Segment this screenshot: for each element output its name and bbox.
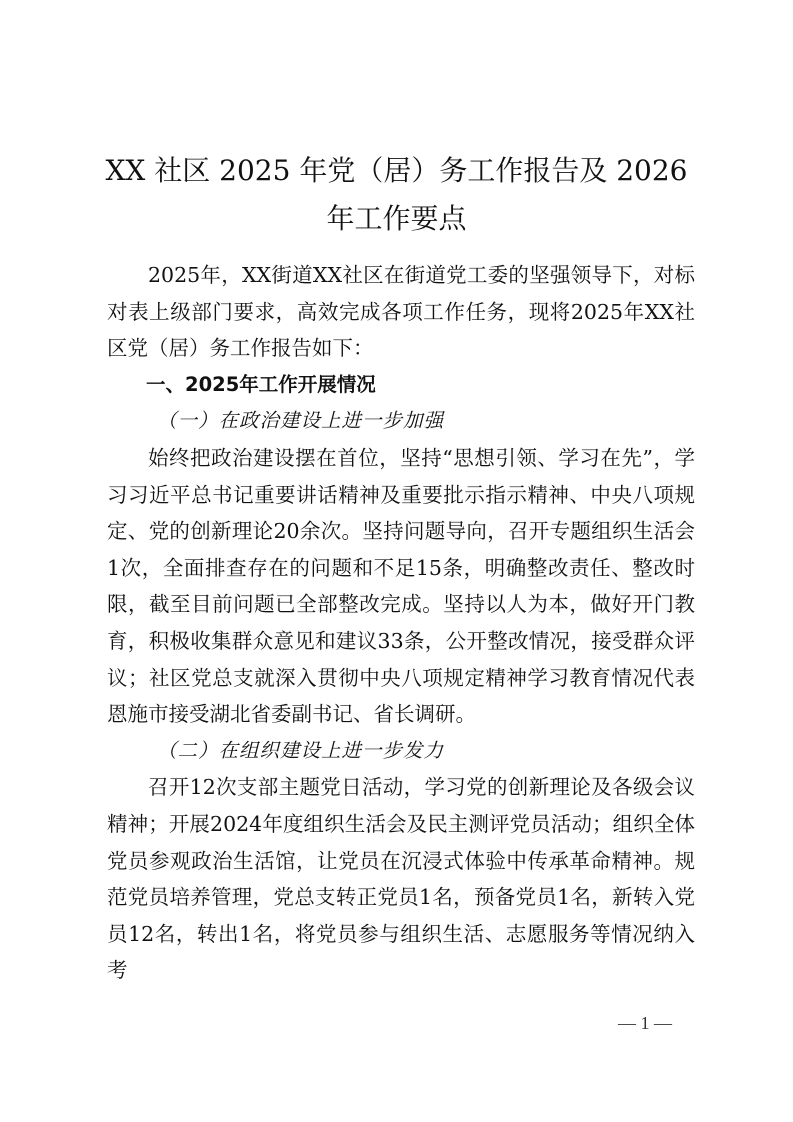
section-heading-1: 一、2025年工作开展情况 xyxy=(107,367,695,404)
intro-paragraph: 2025年，XX街道XX社区在街道党工委的坚强领导下，对标对表上级部门要求，高效… xyxy=(107,257,695,367)
subsection-heading-1: （一）在政治建设上进一步加强 xyxy=(107,403,695,440)
page-number: — 1 — xyxy=(600,1013,690,1034)
title-line-1: XX 社区 2025 年党（居）务工作报告及 2026 xyxy=(106,154,688,187)
document-body: 2025年，XX街道XX社区在街道党工委的坚强领导下，对标对表上级部门要求，高效… xyxy=(107,257,695,989)
subsection-body-2: 召开12次支部主题党日活动，学习党的创新理论及各级会议精神；开展2024年度组织… xyxy=(107,769,695,989)
subsection-body-1: 始终把政治建设摆在首位，坚持“思想引领、学习在先”，学习习近平总书记重要讲话精神… xyxy=(107,440,695,733)
document-page: XX 社区 2025 年党（居）务工作报告及 2026 年工作要点 2025年，… xyxy=(0,0,793,1122)
subsection-heading-2: （二）在组织建设上进一步发力 xyxy=(107,733,695,770)
document-title: XX 社区 2025 年党（居）务工作报告及 2026 年工作要点 xyxy=(100,147,693,243)
title-line-2: 年工作要点 xyxy=(326,202,466,235)
